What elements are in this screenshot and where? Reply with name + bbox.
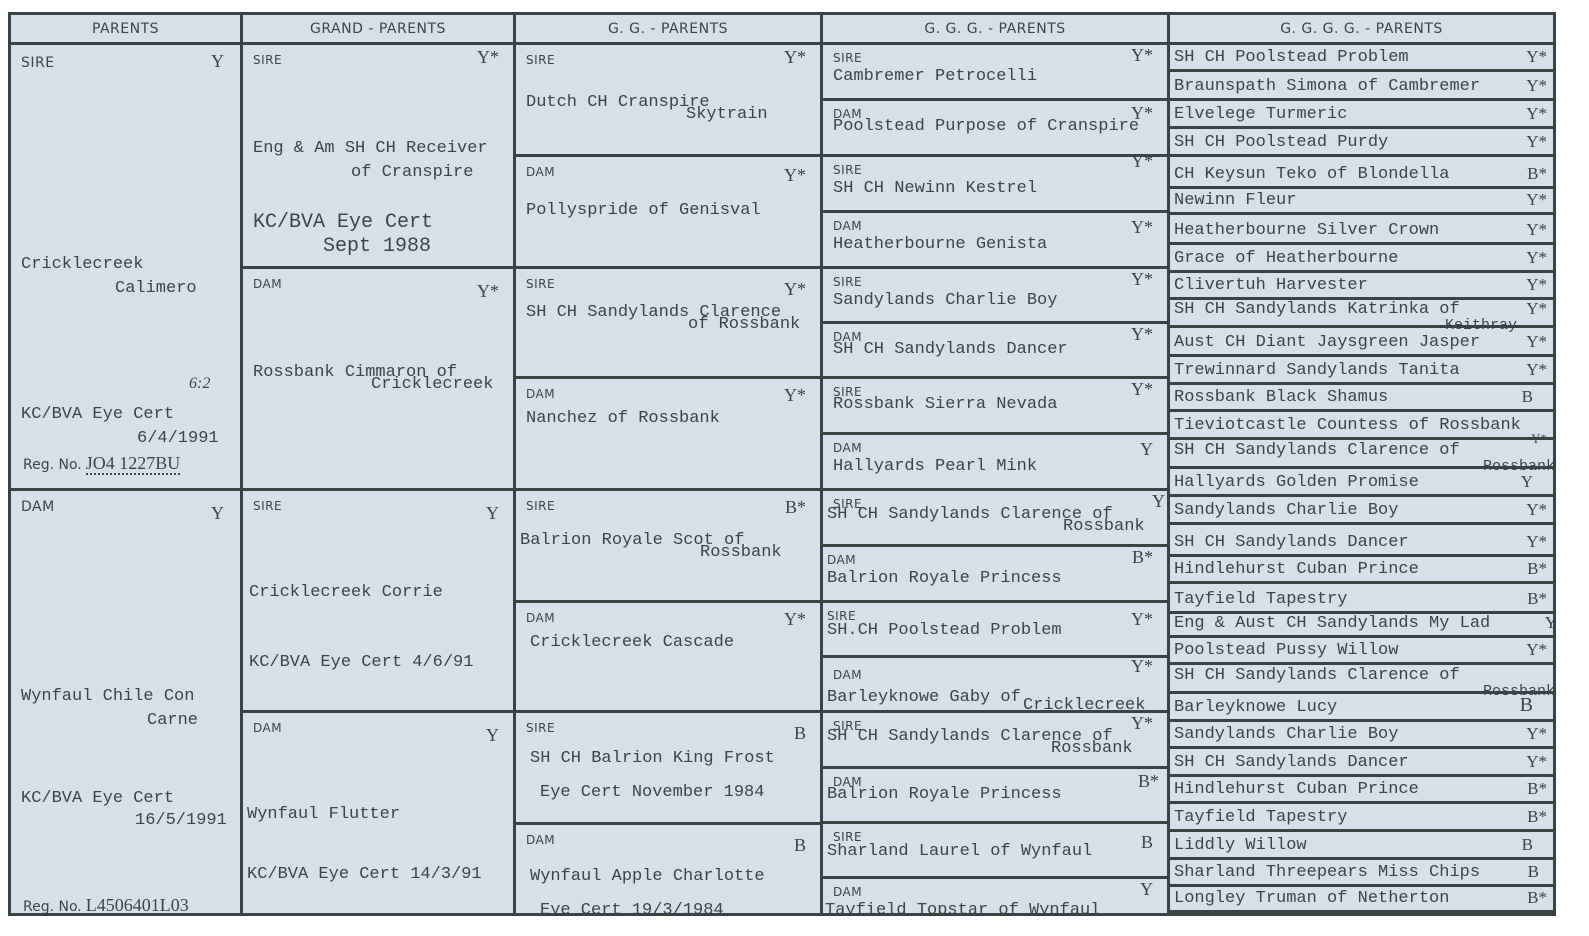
header-ggg-parents: G. G. G. - PARENTS: [823, 15, 1167, 45]
name-line1: Wynfaul Apple Charlotte: [530, 867, 765, 886]
name: Poolstead Purpose of Cranspire: [833, 117, 1139, 136]
gggg-row: Sandylands Charlie BoyY*: [1170, 497, 1553, 525]
pedigree-chart: PARENTS SIRE Y Cricklecreek Calimero 6:2…: [8, 12, 1556, 916]
gggg-row: Tayfield TapestryB*: [1170, 804, 1553, 832]
name-line1: Nanchez of Rossbank: [526, 409, 720, 428]
gggg-row: Hindlehurst Cuban PrinceB*: [1170, 777, 1553, 804]
name: SH CH Sandylands Dancer: [833, 340, 1068, 359]
grade-mark: Y*: [784, 279, 806, 300]
ggg-parent-cell: SIRE Y* Rossbank Sierra Nevada: [823, 379, 1167, 435]
name-line2: Rossbank: [1051, 739, 1133, 758]
name-line2: Cricklecreek: [371, 375, 493, 394]
name-line1: Cricklecreek Corrie: [249, 583, 443, 602]
reg-value: L4506401L03: [86, 895, 189, 916]
role-label: DAM: [526, 611, 555, 625]
grade-mark: Y*: [1131, 656, 1153, 677]
name: Barleyknowe Gaby of: [827, 688, 1021, 707]
dam-name-line2: Carne: [147, 711, 198, 730]
gggg-row: Aust CH Diant Jaysgreen JasperY*: [1170, 328, 1553, 357]
gggg-row: SH CH Sandylands DancerY*: [1170, 749, 1553, 777]
role-label: SIRE: [21, 55, 55, 71]
name: SH.CH Poolstead Problem: [827, 621, 1062, 640]
ggg-parent-cell: SIRE Y SH CH Sandylands Clarence of Ross…: [823, 491, 1167, 547]
grade-mark: Y*: [1131, 609, 1153, 630]
grade-mark: Y: [211, 51, 224, 72]
ggg-parent-cell: DAM Y* Poolstead Purpose of Cranspire: [823, 101, 1167, 157]
ggg-parent-cell: SIRE Y* Sandylands Charlie Boy: [823, 269, 1167, 324]
sire-reg-no: Reg. No.JO4 1227BU: [23, 453, 180, 474]
ggg-parent-cell: DAM Y Hallyards Pearl Mink: [823, 435, 1167, 491]
handwritten-note: 6:2: [189, 375, 210, 393]
gggg-row: Hallyards Golden PromiseY: [1170, 469, 1553, 497]
grade-mark: Y*: [477, 47, 499, 68]
gggg-row: Clivertuh HarvesterY*: [1170, 273, 1553, 300]
grade-mark: Y*: [1131, 713, 1153, 734]
gggg-row: Tieviotcastle Countess of RossbankY*: [1170, 412, 1553, 440]
column-parents: PARENTS SIRE Y Cricklecreek Calimero 6:2…: [11, 15, 243, 913]
cert-line2: Sept 1988: [323, 235, 431, 258]
grade-mark: B: [1141, 832, 1153, 853]
cert-line1: KC/BVA Eye Cert 14/3/91: [247, 865, 482, 884]
gggg-row: Longley Truman of NethertonB*: [1170, 887, 1553, 913]
cert-line1: KC/BVA Eye Cert 4/6/91: [249, 653, 473, 672]
name: Tayfield Topstar of Wynfaul: [825, 901, 1100, 916]
gggg-row: Grace of HeatherbourneY*: [1170, 245, 1553, 273]
name: SH CH Newinn Kestrel: [833, 179, 1037, 198]
gg-parent-cell: DAM B Wynfaul Apple Charlotte Eye Cert 1…: [516, 825, 820, 916]
header-gggg-parents: G. G. G. G. - PARENTS: [1170, 15, 1553, 45]
cert-line1: Eye Cert 19/3/1984: [540, 901, 724, 916]
ggg-parent-cell: DAM Y* Heatherbourne Genista: [823, 213, 1167, 269]
ggg-parent-cell: SIRE B Sharland Laurel of Wynfaul: [823, 824, 1167, 879]
gggg-row: Liddly WillowB: [1170, 832, 1553, 860]
gg-parent-cell: DAM Y* Nanchez of Rossbank: [516, 379, 820, 491]
grade-mark: Y*: [1131, 379, 1153, 400]
dam-cert-line1: KC/BVA Eye Cert: [21, 789, 174, 808]
dam-reg-no: Reg. No.L4506401L03: [23, 895, 189, 916]
grade-mark: B: [794, 723, 806, 744]
header-grand-parents: GRAND - PARENTS: [243, 15, 513, 45]
grade-mark: Y*: [477, 281, 499, 302]
column-gg-parents: G. G. - PARENTS SIRE Y* Dutch CH Cranspi…: [516, 15, 823, 913]
gg-parent-cell: SIRE Y* Dutch CH Cranspire Skytrain: [516, 45, 820, 157]
gggg-row: Trewinnard Sandylands TanitaY*: [1170, 357, 1553, 385]
grade-mark: Y: [1152, 491, 1165, 512]
name: Sharland Laurel of Wynfaul: [827, 842, 1092, 861]
ggg-parent-cell: SIRE Y* SH CH Newinn Kestrel: [823, 157, 1167, 213]
grade-mark: Y*: [1131, 151, 1153, 172]
grade-mark: B*: [1138, 771, 1159, 792]
gggg-row: Sandylands Charlie BoyY*: [1170, 722, 1553, 749]
role-label: SIRE: [253, 53, 282, 67]
role-label: SIRE: [833, 163, 862, 177]
cert-line1: Eye Cert November 1984: [540, 783, 764, 802]
gggg-row: SH CH Sandylands Clarence ofRossbank: [1170, 440, 1553, 469]
gg-parent-cell: SIRE B* Balrion Royale Scot of Rossbank: [516, 491, 820, 603]
gg-parent-cell: DAM Y* Pollyspride of Genisval: [516, 157, 820, 269]
gggg-row: SH CH Poolstead PurdyY*: [1170, 129, 1553, 157]
gggg-row: Poolstead Pussy WillowY*: [1170, 638, 1553, 665]
gggg-row: Braunspath Simona of CambremerY*: [1170, 72, 1553, 101]
grade-mark: Y*: [1131, 217, 1153, 238]
grade-mark: B*: [1132, 547, 1153, 568]
grandparent-cell: DAM Y Wynfaul Flutter KC/BVA Eye Cert 14…: [243, 713, 513, 916]
name-line1: Eng & Am SH CH Receiver: [253, 139, 488, 158]
role-label: DAM: [253, 277, 282, 291]
grandparent-cell: DAM Y* Rossbank Cimmaron of Cricklecreek: [243, 269, 513, 491]
reg-label: Reg. No.: [23, 899, 82, 915]
grade-mark: Y*: [784, 609, 806, 630]
role-label: DAM: [253, 721, 282, 735]
gggg-row: Hindlehurst Cuban PrinceB*: [1170, 557, 1553, 584]
name-line2: of Rossbank: [688, 315, 800, 334]
role-label: DAM: [833, 441, 862, 455]
role-label: SIRE: [526, 53, 555, 67]
header-gg-parents: G. G. - PARENTS: [516, 15, 820, 45]
role-label: DAM: [827, 553, 856, 567]
column-ggg-parents: G. G. G. - PARENTS SIRE Y* Cambremer Pet…: [823, 15, 1170, 913]
sire-name-line2: Calimero: [115, 279, 197, 298]
gggg-row: SH CH Sandylands DancerY*: [1170, 525, 1553, 557]
gggg-row: SH CH Sandylands Katrinka ofKeithrayY*: [1170, 300, 1553, 328]
ggg-parent-cell: DAM B* Balrion Royale Princess: [823, 769, 1167, 824]
name-line1: Cricklecreek Cascade: [530, 633, 734, 652]
dam-cert-line2: 16/5/1991: [135, 811, 227, 830]
ggg-parent-cell: DAM B* Balrion Royale Princess: [823, 547, 1167, 603]
sire-cert-line2: 6/4/1991: [137, 429, 219, 448]
grade-mark: B*: [785, 497, 806, 518]
ggg-parent-cell: DAM Y* SH CH Sandylands Dancer: [823, 324, 1167, 379]
role-label: DAM: [526, 165, 555, 179]
role-label: DAM: [526, 387, 555, 401]
reg-value: JO4 1227BU: [86, 453, 181, 475]
ggg-parent-cell: DAM Y* Barleyknowe Gaby of Cricklecreek: [823, 658, 1167, 713]
name: Hallyards Pearl Mink: [833, 457, 1037, 476]
grandparent-cell: SIRE Y* Eng & Am SH CH Receiver of Crans…: [243, 45, 513, 269]
grade-mark: Y: [486, 725, 499, 746]
cert-line1: KC/BVA Eye Cert: [253, 211, 433, 234]
name-line2: Rossbank: [700, 543, 782, 562]
grade-mark: Y*: [784, 165, 806, 186]
role-label: SIRE: [833, 275, 862, 289]
sire-name-line1: Cricklecreek: [21, 255, 143, 274]
name-line1: Pollyspride of Genisval: [526, 201, 761, 220]
gggg-row: Heatherbourne Silver CrownY*: [1170, 215, 1553, 245]
column-gggg-parents: G. G. G. G. - PARENTS SH CH Poolstead Pr…: [1170, 15, 1553, 913]
gggg-row: SH CH Poolstead ProblemY*: [1170, 45, 1553, 72]
header-parents: PARENTS: [11, 15, 240, 45]
ggg-parent-cell: SIRE Y* SH.CH Poolstead Problem: [823, 603, 1167, 658]
name-line2: of Cranspire: [351, 163, 473, 182]
name: Rossbank Sierra Nevada: [833, 395, 1057, 414]
gg-parent-cell: SIRE Y* SH CH Sandylands Clarence of Ros…: [516, 269, 820, 379]
grade-mark: Y*: [784, 385, 806, 406]
name: Balrion Royale Princess: [827, 569, 1062, 588]
role-label: DAM: [21, 499, 55, 515]
name: Balrion Royale Princess: [827, 785, 1062, 804]
gggg-row: Sharland Threepears Miss ChipsB: [1170, 860, 1553, 887]
name-line1: Dutch CH Cranspire: [526, 93, 710, 112]
parent-sire-cell: SIRE Y Cricklecreek Calimero 6:2 KC/BVA …: [11, 45, 240, 491]
grade-mark: B: [794, 835, 806, 856]
gggg-row: CH Keysun Teko of BlondellaB*: [1170, 157, 1553, 189]
grade-mark: Y*: [1131, 269, 1153, 290]
gggg-row: Rossbank Black ShamusB: [1170, 385, 1553, 412]
role-label: DAM: [833, 219, 862, 233]
grade-mark: Y: [211, 503, 224, 524]
role-label: SIRE: [253, 499, 282, 513]
name: Sandylands Charlie Boy: [833, 291, 1057, 310]
dam-name-line1: Wynfaul Chile Con: [21, 687, 194, 706]
gggg-row: Newinn FleurY*: [1170, 189, 1553, 215]
ggg-parent-cell: SIRE Y* SH CH Sandylands Clarence of Ros…: [823, 713, 1167, 769]
ggg-parent-cell: SIRE Y* Cambremer Petrocelli: [823, 45, 1167, 101]
role-label: DAM: [833, 668, 862, 682]
gg-parent-cell: DAM Y* Cricklecreek Cascade: [516, 603, 820, 713]
role-label: DAM: [833, 885, 862, 899]
column-grand-parents: GRAND - PARENTS SIRE Y* Eng & Am SH CH R…: [243, 15, 516, 913]
gggg-row: Eng & Aust CH Sandylands My LadY: [1170, 614, 1553, 638]
role-label: DAM: [526, 833, 555, 847]
gg-parent-cell: SIRE B SH CH Balrion King Frost Eye Cert…: [516, 713, 820, 825]
grade-mark: Y*: [1131, 45, 1153, 66]
gggg-row: Elvelege TurmericY*: [1170, 101, 1553, 129]
grade-mark: Y: [1140, 879, 1153, 900]
reg-label: Reg. No.: [23, 457, 82, 473]
role-label: SIRE: [833, 51, 862, 65]
gggg-row: Tayfield TapestryB*: [1170, 584, 1553, 614]
parent-dam-cell: DAM Y Wynfaul Chile Con Carne KC/BVA Eye…: [11, 491, 240, 916]
grandparent-cell: SIRE Y Cricklecreek Corrie KC/BVA Eye Ce…: [243, 491, 513, 713]
sire-cert-line1: KC/BVA Eye Cert: [21, 405, 174, 424]
name-line2: Skytrain: [686, 105, 768, 124]
grade-mark: Y*: [784, 47, 806, 68]
name: Heatherbourne Genista: [833, 235, 1047, 254]
name-line1: Wynfaul Flutter: [247, 805, 400, 824]
name-line1: SH CH Balrion King Frost: [530, 749, 775, 768]
role-label: SIRE: [526, 721, 555, 735]
grade-mark: Y*: [1131, 324, 1153, 345]
name-line2: Rossbank: [1063, 517, 1145, 536]
role-label: SIRE: [526, 277, 555, 291]
ggg-parent-cell: DAM Y Tayfield Topstar of Wynfaul: [823, 879, 1167, 916]
grade-mark: Y: [486, 503, 499, 524]
role-label: SIRE: [526, 499, 555, 513]
gggg-row: Tayfield Tiptoe: [1170, 913, 1553, 916]
name: Cambremer Petrocelli: [833, 67, 1037, 86]
grade-mark: Y: [1140, 439, 1153, 460]
gggg-row: SH CH Sandylands Clarence ofRossbank: [1170, 665, 1553, 694]
gggg-row: Barleyknowe LucyB: [1170, 694, 1553, 722]
